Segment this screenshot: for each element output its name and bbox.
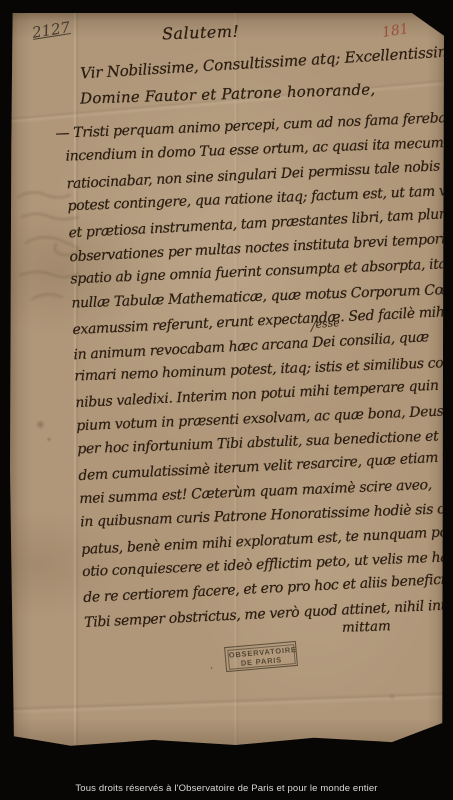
observatoire-stamp: OBSERVATOIRE DE PARIS bbox=[224, 641, 298, 672]
catalog-number: 2127 bbox=[31, 18, 72, 42]
folio-number: 181 bbox=[381, 21, 410, 41]
photo-backdrop: 2127 181 Salutem! Vir Nobilissime, Consu… bbox=[0, 0, 453, 800]
address-line-1: Vir Nobilissime, Consultissime atq; Exce… bbox=[80, 42, 453, 83]
copyright-caption: Tous droits réservés à l'Observatoire de… bbox=[0, 783, 453, 794]
ink-mark: , bbox=[209, 661, 214, 671]
salutation: Salutem! bbox=[162, 22, 240, 44]
interlinear-insertion: esse bbox=[315, 316, 340, 331]
address-line-2: Domine Fautor et Patrone honorande, bbox=[80, 80, 376, 107]
catchword: mittam bbox=[342, 618, 391, 636]
letter-body: — Tristi perquam animo percepi, cum ad n… bbox=[55, 106, 453, 633]
manuscript-page: 2127 181 Salutem! Vir Nobilissime, Consu… bbox=[10, 13, 444, 748]
